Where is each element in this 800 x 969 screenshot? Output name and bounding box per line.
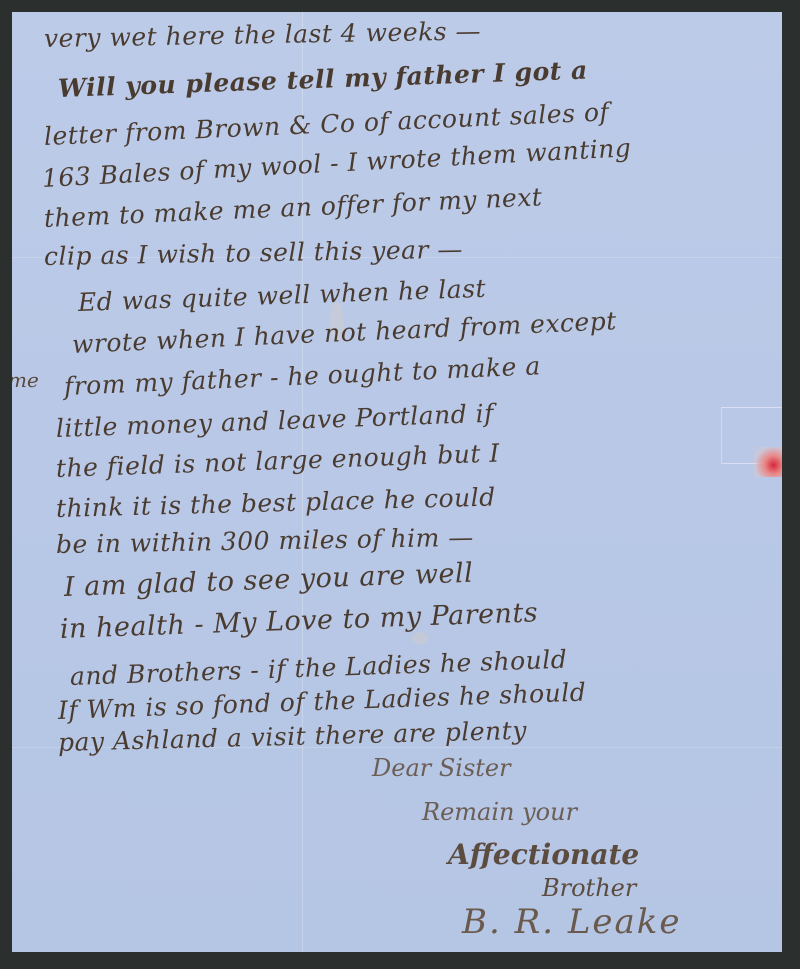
letter-line: I am glad to see you are well: [63, 558, 473, 603]
letter-line: little money and leave Portland if: [55, 399, 494, 443]
letter-line: be in within 300 miles of him —: [56, 523, 474, 559]
letter-line: Ed was quite well when he last: [77, 274, 486, 317]
signature: B. R. Leake: [462, 902, 682, 942]
letter-page: me very wet here the last 4 weeks — Will…: [12, 12, 782, 952]
letter-line: them to make me an offer for my next: [43, 182, 543, 233]
letter-line: in health - My Love to my Parents: [59, 597, 538, 645]
letter-line: think it is the best place he could: [56, 482, 496, 523]
scan-frame: me very wet here the last 4 weeks — Will…: [0, 0, 800, 969]
paper-stain: [412, 632, 428, 644]
letter-line: Will you please tell my father I got a: [57, 56, 588, 103]
margin-word-fragment: me: [12, 368, 39, 392]
closing-line: Brother: [542, 874, 636, 902]
letter-line: very wet here the last 4 weeks —: [44, 16, 482, 53]
red-wax-seal-fragment: [754, 447, 782, 477]
letter-line: the field is not large enough but I: [55, 439, 500, 483]
letter-line: clip as I wish to sell this year —: [44, 235, 463, 271]
closing-line: Affectionate: [448, 838, 639, 871]
closing-line: Remain your: [422, 798, 577, 826]
closing-salutation: Dear Sister: [372, 754, 511, 782]
